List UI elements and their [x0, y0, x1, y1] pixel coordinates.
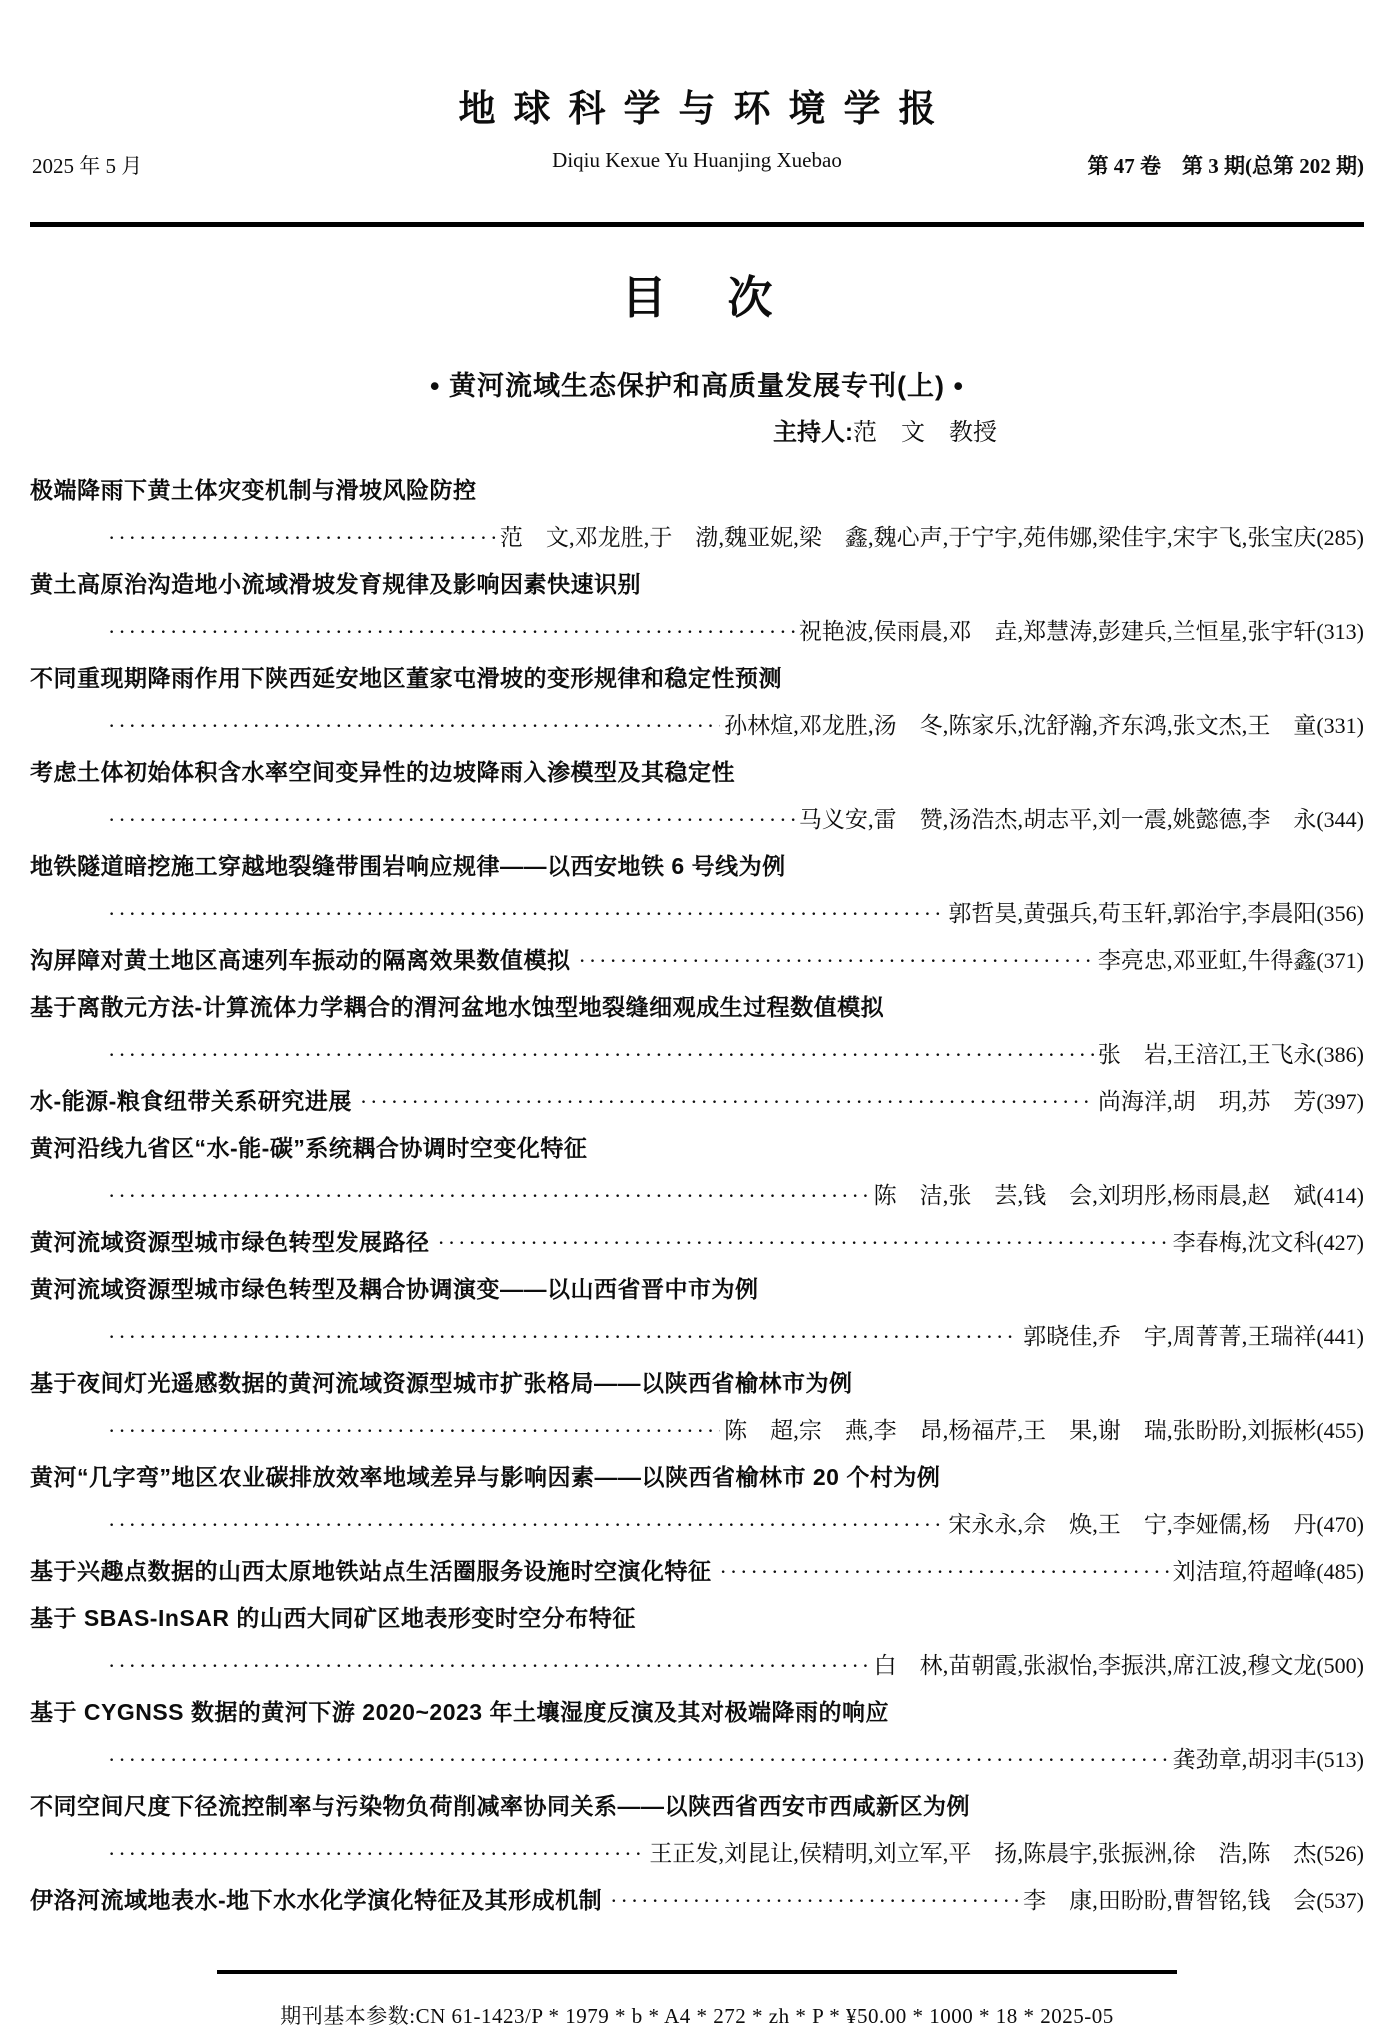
toc-entry-line: ········································…	[30, 1642, 1364, 1689]
entry-title: 考虑土体初始体积含水率空间变异性的边坡降雨入渗模型及其稳定性	[30, 749, 735, 796]
entry-title: 伊洛河流域地表水-地下水水化学演化特征及其形成机制	[30, 1877, 602, 1924]
journal-toc-page: 地球科学与环境学报 2025 年 5 月 Diqiu Kexue Yu Huan…	[0, 0, 1394, 2037]
entry-title: 地铁隧道暗挖施工穿越地裂缝带围岩响应规律——以西安地铁 6 号线为例	[30, 843, 786, 890]
entry-page: (397)	[1316, 1078, 1364, 1125]
entry-authors: 王正发,刘昆让,侯精明,刘立军,平 扬,陈晨宇,张振洲,徐 浩,陈 杰	[649, 1830, 1316, 1877]
toc-heading: 目 次	[30, 261, 1364, 326]
entry-page: (356)	[1316, 890, 1364, 937]
entry-page: (526)	[1316, 1830, 1364, 1877]
entry-page: (537)	[1316, 1877, 1364, 1924]
footer-rule	[217, 1970, 1177, 1974]
toc-entry-line: 黄河“几字弯”地区农业碳排放效率地域差异与影响因素——以陕西省榆林市 20 个村…	[30, 1454, 1364, 1501]
toc-entry-line: 黄河流域资源型城市绿色转型发展路径·······················…	[30, 1219, 1364, 1266]
toc-entry-line: 沟屏障对黄土地区高速列车振动的隔离效果数值模拟·················…	[30, 937, 1364, 984]
toc-entry-line: ········································…	[30, 608, 1364, 655]
entry-leader-dots: ········································…	[610, 1877, 1019, 1924]
entry-page: (441)	[1316, 1313, 1364, 1360]
entry-authors: 尚海洋,胡 玥,苏 芳	[1098, 1078, 1317, 1125]
journal-footer: 期刊基本参数:CN 61-1423/P * 1979 * b * A4 * 27…	[30, 1970, 1364, 2030]
toc-entry-line: ········································…	[30, 1501, 1364, 1548]
entry-authors: 李亮忠,邓亚虹,牛得鑫	[1098, 937, 1317, 984]
entry-title: 不同空间尺度下径流控制率与污染物负荷削减率协同关系——以陕西省西安市西咸新区为例	[30, 1783, 970, 1830]
entry-title: 黄河流域资源型城市绿色转型及耦合协调演变——以山西省晋中市为例	[30, 1266, 759, 1313]
entry-leader-dots: ········································…	[108, 608, 795, 655]
toc-entry-line: ········································…	[30, 702, 1364, 749]
journal-meta-row: 2025 年 5 月 Diqiu Kexue Yu Huanjing Xueba…	[30, 148, 1364, 178]
entry-page: (427)	[1316, 1219, 1364, 1266]
entry-page: (386)	[1316, 1031, 1364, 1078]
entry-authors: 范 文,邓龙胜,于 渤,魏亚妮,梁 鑫,魏心声,于宁宇,苑伟娜,梁佳宇,宋宇飞,…	[500, 514, 1317, 561]
entry-leader-dots: ········································…	[108, 796, 795, 843]
entry-title: 基于离散元方法-计算流体力学耦合的渭河盆地水蚀型地裂缝细观成生过程数值模拟	[30, 984, 884, 1031]
entry-authors: 李春梅,沈文科	[1173, 1219, 1317, 1266]
special-issue-title: • 黄河流域生态保护和高质量发展专刊(上) •	[30, 364, 1364, 403]
entry-page: (513)	[1316, 1736, 1364, 1783]
entry-leader-dots: ········································…	[108, 1313, 1019, 1360]
entry-leader-dots: ········································…	[360, 1078, 1094, 1125]
entry-authors: 李 康,田盼盼,曹智铭,钱 会	[1023, 1877, 1316, 1924]
entry-leader-dots: ········································…	[108, 1031, 1094, 1078]
entry-authors: 祝艳波,侯雨晨,邓 垚,郑慧涛,彭建兵,兰恒星,张宇轩	[799, 608, 1317, 655]
entry-leader-dots: ········································…	[108, 1736, 1169, 1783]
entry-authors: 刘洁瑄,符超峰	[1173, 1548, 1317, 1595]
entry-title: 基于 SBAS-InSAR 的山西大同矿区地表形变时空分布特征	[30, 1595, 636, 1642]
toc-entry-line: ········································…	[30, 1736, 1364, 1783]
journal-header: 地球科学与环境学报 2025 年 5 月 Diqiu Kexue Yu Huan…	[30, 78, 1364, 227]
entry-title: 基于夜间灯光遥感数据的黄河流域资源型城市扩张格局——以陕西省榆林市为例	[30, 1360, 853, 1407]
issue-info: 第 47 卷 第 3 期(总第 202 期)	[1088, 150, 1365, 180]
toc-entry-line: 黄河流域资源型城市绿色转型及耦合协调演变——以山西省晋中市为例	[30, 1266, 1364, 1313]
entry-page: (313)	[1316, 608, 1364, 655]
entry-page: (455)	[1316, 1407, 1364, 1454]
toc-entry-line: 不同重现期降雨作用下陕西延安地区董家屯滑坡的变形规律和稳定性预测	[30, 655, 1364, 702]
toc-entry-line: ········································…	[30, 796, 1364, 843]
toc-entry-line: 基于兴趣点数据的山西太原地铁站点生活圈服务设施时空演化特征···········…	[30, 1548, 1364, 1595]
entry-title: 黄河流域资源型城市绿色转型发展路径	[30, 1219, 430, 1266]
entry-leader-dots: ········································…	[108, 890, 944, 937]
toc-entry-line: 伊洛河流域地表水-地下水水化学演化特征及其形成机制···············…	[30, 1877, 1364, 1924]
entry-leader-dots: ········································…	[108, 514, 496, 561]
entry-authors: 张 岩,王涪江,王飞永	[1098, 1031, 1317, 1078]
issue-date: 2025 年 5 月	[32, 150, 142, 180]
journal-title: 地球科学与环境学报	[30, 78, 1364, 132]
entry-authors: 宋永永,佘 焕,王 宁,李娅儒,杨 丹	[948, 1501, 1316, 1548]
header-rule	[30, 222, 1364, 227]
toc-entry-line: 水-能源-粮食纽带关系研究进展·························…	[30, 1078, 1364, 1125]
entry-leader-dots: ········································…	[108, 1642, 870, 1689]
entry-page: (344)	[1316, 796, 1364, 843]
entry-authors: 陈 洁,张 芸,钱 会,刘玥彤,杨雨晨,赵 斌	[874, 1172, 1317, 1219]
entry-leader-dots: ········································…	[108, 702, 720, 749]
entry-authors: 马义安,雷 赞,汤浩杰,胡志平,刘一震,姚懿德,李 永	[799, 796, 1317, 843]
entry-authors: 孙林煊,邓龙胜,汤 冬,陈家乐,沈舒瀚,齐东鸿,张文杰,王 童	[724, 702, 1316, 749]
toc-entry-line: ········································…	[30, 1830, 1364, 1877]
entry-leader-dots: ········································…	[108, 1172, 870, 1219]
toc-entry-line: ········································…	[30, 890, 1364, 937]
entry-authors: 郭哲昊,黄强兵,苟玉轩,郭治宇,李晨阳	[948, 890, 1316, 937]
toc-entry-line: 基于离散元方法-计算流体力学耦合的渭河盆地水蚀型地裂缝细观成生过程数值模拟	[30, 984, 1364, 1031]
entry-leader-dots: ········································…	[438, 1219, 1169, 1266]
entry-leader-dots: ········································…	[108, 1830, 645, 1877]
toc-entry-line: 不同空间尺度下径流控制率与污染物负荷削减率协同关系——以陕西省西安市西咸新区为例	[30, 1783, 1364, 1830]
entry-page: (500)	[1316, 1642, 1364, 1689]
entry-title: 黄河“几字弯”地区农业碳排放效率地域差异与影响因素——以陕西省榆林市 20 个村…	[30, 1454, 940, 1501]
host-name: 范 文 教授	[853, 420, 997, 446]
toc-entry-line: ········································…	[30, 514, 1364, 561]
entry-title: 基于兴趣点数据的山西太原地铁站点生活圈服务设施时空演化特征	[30, 1548, 712, 1595]
entry-title: 沟屏障对黄土地区高速列车振动的隔离效果数值模拟	[30, 937, 571, 984]
toc-entry-line: 极端降雨下黄土体灾变机制与滑坡风险防控	[30, 467, 1364, 514]
entry-leader-dots: ········································…	[108, 1407, 720, 1454]
toc-entry-line: ········································…	[30, 1407, 1364, 1454]
toc-entry-line: 考虑土体初始体积含水率空间变异性的边坡降雨入渗模型及其稳定性	[30, 749, 1364, 796]
entry-title: 水-能源-粮食纽带关系研究进展	[30, 1078, 352, 1125]
entry-page: (285)	[1316, 514, 1364, 561]
entry-authors: 龚劲章,胡羽丰	[1173, 1736, 1317, 1783]
entry-page: (485)	[1316, 1548, 1364, 1595]
entry-leader-dots: ········································…	[720, 1548, 1169, 1595]
entry-authors: 白 林,苗朝霞,张淑怡,李振洪,席江波,穆文龙	[874, 1642, 1317, 1689]
entry-authors: 郭晓佳,乔 宇,周菁菁,王瑞祥	[1023, 1313, 1316, 1360]
toc-entry-line: 地铁隧道暗挖施工穿越地裂缝带围岩响应规律——以西安地铁 6 号线为例	[30, 843, 1364, 890]
toc-entry-line: 黄河沿线九省区“水-能-碳”系统耦合协调时空变化特征	[30, 1125, 1364, 1172]
entry-title: 黄河沿线九省区“水-能-碳”系统耦合协调时空变化特征	[30, 1125, 587, 1172]
entry-title: 黄土高原治沟造地小流域滑坡发育规律及影响因素快速识别	[30, 561, 641, 608]
entry-leader-dots: ········································…	[108, 1501, 944, 1548]
entry-page: (470)	[1316, 1501, 1364, 1548]
journal-imprint-line: 期刊基本参数:CN 61-1423/P * 1979 * b * A4 * 27…	[30, 2000, 1364, 2030]
toc-entry-line: ········································…	[30, 1031, 1364, 1078]
entry-leader-dots: ········································…	[579, 937, 1094, 984]
entry-authors: 陈 超,宗 燕,李 昂,杨福芹,王 果,谢 瑞,张盼盼,刘振彬	[724, 1407, 1316, 1454]
host-label: 主持人:	[773, 419, 853, 446]
entry-page: (371)	[1316, 937, 1364, 984]
entry-title: 不同重现期降雨作用下陕西延安地区董家屯滑坡的变形规律和稳定性预测	[30, 655, 782, 702]
toc-entry-line: ········································…	[30, 1313, 1364, 1360]
entry-title: 极端降雨下黄土体灾变机制与滑坡风险防控	[30, 467, 477, 514]
toc-entry-line: 基于 SBAS-InSAR 的山西大同矿区地表形变时空分布特征	[30, 1595, 1364, 1642]
entry-page: (414)	[1316, 1172, 1364, 1219]
toc-entry-line: 基于 CYGNSS 数据的黄河下游 2020~2023 年土壤湿度反演及其对极端…	[30, 1689, 1364, 1736]
entry-page: (331)	[1316, 702, 1364, 749]
toc-entries: 极端降雨下黄土体灾变机制与滑坡风险防控·····················…	[30, 467, 1364, 1924]
toc-entry-line: 基于夜间灯光遥感数据的黄河流域资源型城市扩张格局——以陕西省榆林市为例	[30, 1360, 1364, 1407]
toc-entry-line: ········································…	[30, 1172, 1364, 1219]
toc-entry-line: 黄土高原治沟造地小流域滑坡发育规律及影响因素快速识别	[30, 561, 1364, 608]
entry-title: 基于 CYGNSS 数据的黄河下游 2020~2023 年土壤湿度反演及其对极端…	[30, 1689, 889, 1736]
special-issue-host: 主持人:范 文 教授	[218, 412, 1394, 447]
